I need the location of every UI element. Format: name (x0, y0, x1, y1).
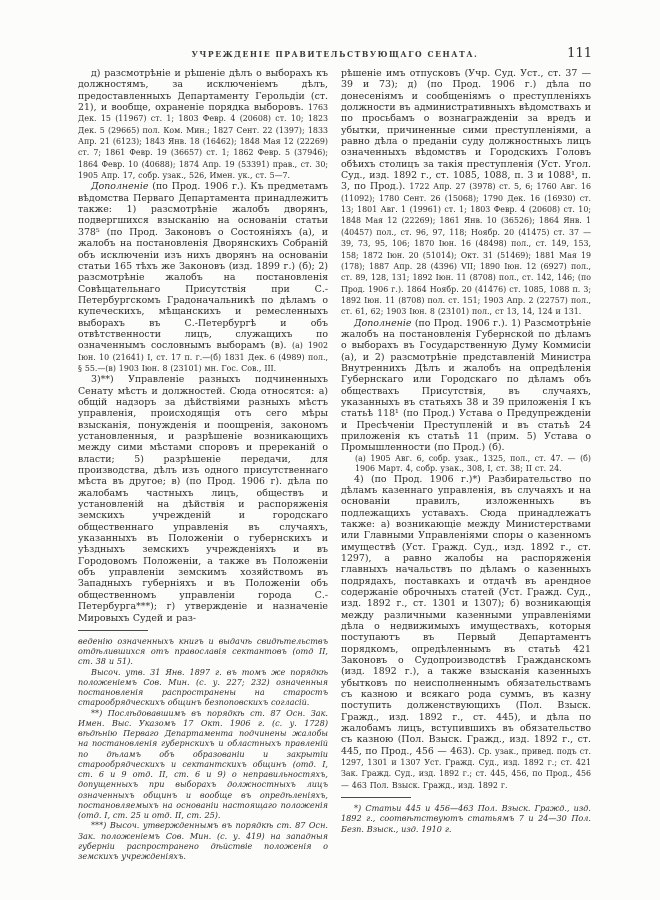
paragraph-d-continuation: рѣшеніе имъ отпусковъ (Учр. Суд. Уст., с… (341, 68, 591, 318)
footnote-approved-1897: Высоч. утв. 31 Янв. 1897 г. въ томъ же п… (78, 667, 328, 708)
scanned-book-page: УЧРЕЖДЕНІЕ ПРАВИТЕЛЬСТВУЮЩАГО СЕНАТА. 11… (0, 0, 660, 900)
paragraph-d-elections: д) разсмотрѣніе и рѣшеніе дѣлъ о выборах… (78, 68, 328, 181)
paragraph-dopolnenie-left: Дополненіе (по Прод. 1906 г.). Къ предме… (78, 181, 328, 374)
citation-block-text: (а) 1905 Авг. 6, собр. узак., 1325, пол.… (355, 454, 591, 474)
footnote-triple-star: ***) Высоч. утвержденнымъ въ порядкѣ ст.… (78, 820, 328, 861)
paragraph-d-continuation-text: рѣшеніе имъ отпусковъ (Учр. Суд. Уст., с… (341, 68, 591, 192)
paragraph-4-treasury: 4) (по Прод. 1906 г.)*) Разбирательство … (341, 474, 591, 792)
footnote-divider-right (341, 797, 411, 798)
page-number: 111 (567, 46, 592, 61)
dopolnenie-lead: Дополненіе (91, 181, 148, 192)
page-content: УЧРЕЖДЕНІЕ ПРАВИТЕЛЬСТВУЮЩАГО СЕНАТА. 11… (78, 50, 592, 861)
left-column: д) разсмотрѣніе и рѣшеніе дѣлъ о выборах… (78, 68, 328, 861)
right-column: рѣшеніе имъ отпусковъ (Учр. Суд. Уст., с… (341, 68, 591, 861)
paragraph-d-citations: 1763 Дек. 15 (11967) ст. 1; 1803 Февр. 4… (78, 103, 328, 180)
paragraph-3-administration: 3)**) Управленіе разныхъ подчиненныхъ Се… (78, 374, 328, 624)
dopolnenie-right-lead: Дополненіе (354, 318, 411, 329)
page-header: УЧРЕЖДЕНІЕ ПРАВИТЕЛЬСТВУЮЩАГО СЕНАТА. 11… (78, 50, 592, 63)
citation-block-right: (а) 1905 Авг. 6, собр. узак., 1325, пол.… (341, 454, 591, 474)
two-column-layout: д) разсмотрѣніе и рѣшеніе дѣлъ о выборах… (78, 68, 592, 861)
paragraph-dopolnenie-right: Дополненіе (по Прод. 1906 г.). 1) Разсмо… (341, 318, 591, 454)
footnote-continuation: веденію означенныхъ книгъ и выдачѣ свидѣ… (78, 636, 328, 667)
footnote-double-star: **) Послѣдовавшимъ въ порядкѣ ст. 87 Осн… (78, 708, 328, 821)
paragraph-d-continuation-citations: 1722 Апр. 27 (3978) ст. 5, 6; 1760 Авг. … (341, 182, 591, 316)
footnote-single-star: *) Статьи 445 и 456—463 Пол. Взыск. Граж… (341, 803, 591, 834)
footnote-divider-left (78, 630, 148, 631)
dopolnenie-right-text: (по Прод. 1906 г.). 1) Разсмотрѣніе жало… (341, 318, 591, 454)
paragraph-d-text: д) разсмотрѣніе и рѣшеніе дѣлъ о выборах… (78, 68, 328, 113)
paragraph-4-text: 4) (по Прод. 1906 г.)*) Разбирательство … (341, 474, 591, 757)
running-title: УЧРЕЖДЕНІЕ ПРАВИТЕЛЬСТВУЮЩАГО СЕНАТА. (78, 50, 592, 59)
paragraph-3-text: 3)**) Управленіе разныхъ подчиненныхъ Се… (78, 374, 328, 623)
dopolnenie-text: (по Прод. 1906 г.). Къ предметамъ вѣдомс… (78, 181, 328, 351)
